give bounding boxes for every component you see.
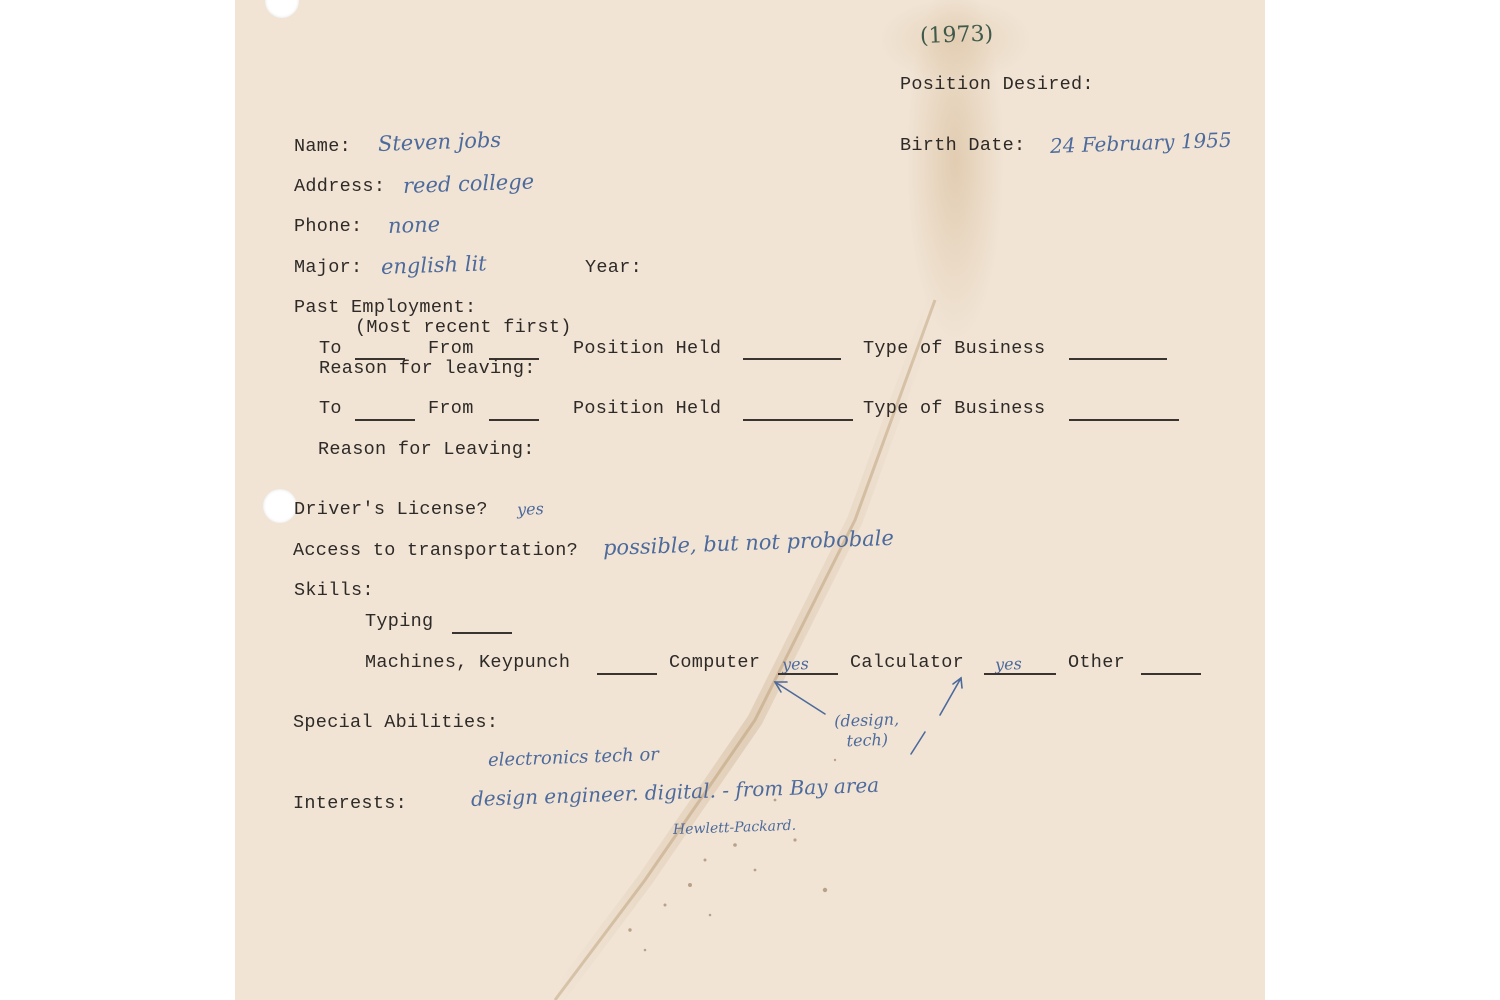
past-employment-note: (Most recent first) bbox=[355, 317, 572, 338]
year-note: (1973) bbox=[920, 21, 994, 49]
punch-hole-middle bbox=[263, 489, 297, 523]
transportation-label: Access to transportation? bbox=[293, 540, 578, 561]
reason-for-leaving-label: Reason for leaving: bbox=[319, 358, 536, 379]
skills-annotation: (design, tech) bbox=[826, 709, 907, 752]
drivers-license-value: yes bbox=[517, 499, 544, 519]
application-form-page: (1973) Position Desired: Birth Date: 24 … bbox=[235, 0, 1265, 1000]
position-held-blank bbox=[743, 419, 853, 421]
address-value: reed college bbox=[403, 169, 535, 198]
phone-value: none bbox=[388, 212, 441, 238]
interests-label: Interests: bbox=[293, 793, 407, 814]
position-held-blank bbox=[743, 358, 841, 360]
calculator-value: yes bbox=[995, 654, 1022, 674]
from-label: From bbox=[428, 398, 474, 419]
calculator-blank bbox=[984, 673, 1056, 675]
position-held-label: Position Held bbox=[573, 398, 721, 419]
typing-blank bbox=[452, 632, 512, 634]
from-blank bbox=[489, 419, 539, 421]
interests-line-2: design engineer. digital. - from Bay are… bbox=[471, 773, 880, 811]
other-blank bbox=[1141, 673, 1201, 675]
position-desired-label: Position Desired: bbox=[900, 74, 1094, 95]
birth-date-value: 24 February 1955 bbox=[1050, 128, 1232, 158]
type-of-business-blank bbox=[1069, 419, 1179, 421]
special-abilities-label: Special Abilities: bbox=[293, 712, 498, 733]
transportation-value: possible, but not probobale bbox=[603, 526, 895, 560]
typing-label: Typing bbox=[365, 611, 433, 632]
from-label: From bbox=[428, 338, 474, 359]
to-label: To bbox=[319, 338, 342, 359]
birth-date-label: Birth Date: bbox=[900, 135, 1025, 156]
machines-keypunch-blank bbox=[597, 673, 657, 675]
type-of-business-label: Type of Business bbox=[863, 398, 1045, 419]
past-employment-label: Past Employment: bbox=[294, 297, 476, 318]
punch-hole-top bbox=[265, 0, 299, 18]
position-held-label: Position Held bbox=[573, 338, 721, 359]
interests-line-3: Hewlett-Packard. bbox=[673, 818, 797, 838]
type-of-business-blank bbox=[1069, 358, 1167, 360]
drivers-license-label: Driver's License? bbox=[294, 499, 488, 520]
interests-line-1: electronics tech or bbox=[488, 744, 660, 771]
major-value: english lit bbox=[381, 251, 487, 279]
skills-label: Skills: bbox=[294, 580, 374, 601]
name-label: Name: bbox=[294, 136, 351, 157]
type-of-business-label: Type of Business bbox=[863, 338, 1045, 359]
machines-keypunch-label: Machines, Keypunch bbox=[365, 652, 570, 673]
phone-label: Phone: bbox=[294, 216, 362, 237]
address-label: Address: bbox=[294, 176, 385, 197]
computer-label: Computer bbox=[669, 652, 760, 673]
major-label: Major: bbox=[294, 257, 362, 278]
to-label: To bbox=[319, 398, 342, 419]
to-blank bbox=[355, 419, 415, 421]
name-value: Steven jobs bbox=[378, 128, 502, 156]
reason-for-leaving-label: Reason for Leaving: bbox=[318, 439, 535, 460]
year-label: Year: bbox=[585, 257, 642, 278]
other-label: Other bbox=[1068, 652, 1125, 673]
